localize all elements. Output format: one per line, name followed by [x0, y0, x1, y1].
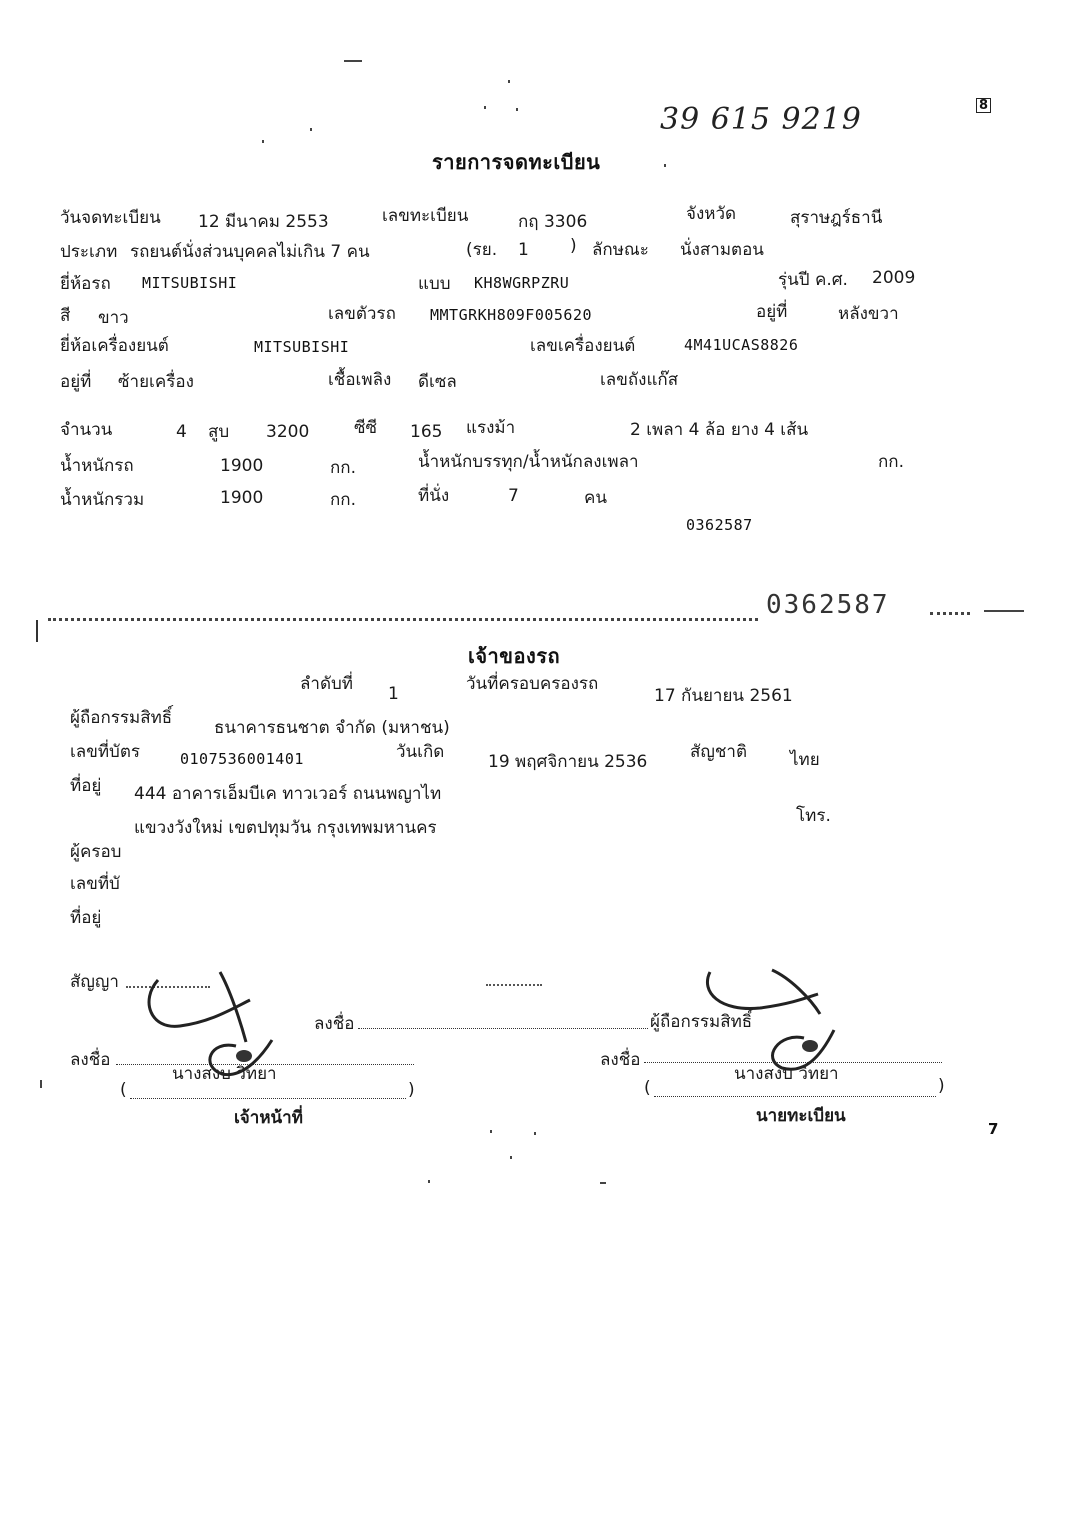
- separator-line-right: [930, 612, 970, 615]
- total-weight: 1900: [220, 488, 263, 508]
- possessor-label: ผู้ครอบ: [70, 838, 121, 865]
- separator-stamp: 0362587: [766, 590, 890, 620]
- scan-speck: [490, 1130, 492, 1133]
- contract-label: สัญญา: [70, 968, 119, 995]
- registrar-signature-icon: [700, 968, 840, 1078]
- officer-signature-icon: [140, 970, 280, 1080]
- engine-brand-label: ยี่ห้อเครื่องยนต์: [60, 332, 169, 359]
- address-label: ที่อยู่: [70, 772, 101, 799]
- year-label: รุ่นปี ค.ศ.: [778, 266, 848, 293]
- vehicle-weight: 1900: [220, 456, 263, 476]
- registrar-sign-label: ลงชื่อ: [600, 1046, 640, 1073]
- possessor-address-label: ที่อยู่: [70, 904, 101, 931]
- holder-label: ผู้ถือกรรมสิทธิ์: [70, 704, 172, 731]
- color-label: สี: [60, 302, 70, 329]
- separator-dash: [984, 610, 1024, 612]
- separator-tick: [36, 620, 38, 642]
- load-weight-label: น้ำหนักบรรทุก/น้ำหนักลงเพลา: [418, 448, 639, 475]
- brand: MITSUBISHI: [142, 274, 237, 292]
- engine-brand: MITSUBISHI: [254, 338, 349, 356]
- engine-cc: 3200: [266, 422, 309, 442]
- registrar-close-paren: ): [938, 1076, 945, 1096]
- fuel-label: เชื้อเพลิง: [328, 366, 391, 393]
- holder-name: ธนาคารธนชาต จำกัด (มหาชน): [214, 714, 450, 741]
- birth-label: วันเกิด: [396, 738, 444, 765]
- address-line-2: แขวงวังใหม่ เขตปทุมวัน กรุงเทพมหานคร: [134, 814, 437, 841]
- seats: 7: [508, 486, 519, 506]
- scan-speck: [40, 1080, 42, 1088]
- chassis-label: เลขตัวรถ: [328, 300, 396, 327]
- scan-speck: [534, 1132, 536, 1135]
- type-code: 1: [518, 240, 529, 260]
- cylinders: 4: [176, 422, 187, 442]
- province: สุราษฎร์ธานี: [790, 204, 882, 231]
- seq-label: ลำดับที่: [300, 670, 353, 697]
- engine-location: ซ้ายเครื่อง: [118, 368, 194, 395]
- id-number: 0107536001401: [180, 750, 304, 768]
- hp-unit: แรงม้า: [466, 414, 515, 441]
- scan-speck: [600, 1182, 606, 1184]
- registrar-open-paren: (: [644, 1078, 651, 1098]
- chassis-number: MMTGRKH809F005620: [430, 306, 592, 324]
- color: ขาว: [98, 304, 129, 331]
- phone-label: โทร.: [796, 802, 831, 829]
- officer-role: เจ้าหน้าที่: [234, 1104, 303, 1131]
- birth-date: 19 พฤศจิกายน 2536: [488, 748, 647, 775]
- scan-speck: [344, 60, 362, 62]
- address-line-1: 444 อาคารเอ็มบีเค ทาวเวอร์ ถนนพญาไท: [134, 780, 441, 807]
- scan-speck: [508, 80, 510, 83]
- vehicle-weight-label: น้ำหนักรถ: [60, 452, 134, 479]
- load-weight-unit: กก.: [878, 448, 904, 475]
- page-mark-bottom: 7: [988, 1120, 998, 1138]
- cylinders-unit: สูบ: [208, 418, 229, 445]
- reg-date: 12 มีนาคม 2553: [198, 208, 329, 235]
- officer-close-paren: ): [408, 1080, 415, 1100]
- possession-date-label: วันที่ครอบครองรถ: [466, 670, 598, 697]
- possessor-id-label: เลขที่บั: [70, 870, 120, 897]
- registrar-role: นายทะเบียน: [756, 1102, 846, 1129]
- total-weight-label: น้ำหนักรวม: [60, 486, 144, 513]
- engine-number: 4M41UCAS8826: [684, 336, 798, 354]
- chassis-location-label: อยู่ที่: [756, 298, 787, 325]
- nationality: ไทย: [790, 746, 820, 773]
- axles-wheels-tires: 2 เพลา 4 ล้อ ยาง 4 เส้น: [630, 416, 808, 443]
- scan-speck: [484, 106, 486, 109]
- total-weight-unit: กก.: [330, 486, 356, 513]
- vehicle-weight-unit: กก.: [330, 454, 356, 481]
- brand-label: ยี่ห้อรถ: [60, 270, 111, 297]
- plate-label: เลขทะเบียน: [382, 202, 468, 229]
- reg-date-label: วันจดทะเบียน: [60, 204, 161, 231]
- scan-speck: [310, 128, 312, 131]
- province-label: จังหวัด: [686, 200, 736, 227]
- scan-speck: [664, 164, 666, 167]
- engine-location-label: อยู่ที่: [60, 368, 91, 395]
- gas-tank-label: เลขถังแก๊ส: [600, 366, 678, 393]
- possession-date: 17 กันยายน 2561: [654, 682, 793, 709]
- registrar-name-line: [654, 1096, 936, 1097]
- type-label: ประเภท: [60, 238, 117, 265]
- id-label: เลขที่บัตร: [70, 738, 140, 765]
- fuel: ดีเซล: [418, 368, 457, 395]
- cc-unit: ซีซี: [354, 414, 377, 441]
- seats-unit: คน: [584, 484, 607, 511]
- officer-name-line: [130, 1098, 406, 1099]
- seats-label: ที่นั่ง: [418, 482, 449, 509]
- document-number: 0362587: [686, 516, 753, 534]
- seq: 1: [388, 684, 399, 704]
- document-title: รายการจดทะเบียน: [432, 146, 600, 178]
- vehicle-style: นั่งสามตอน: [680, 236, 764, 263]
- holder-sign-label: ลงชื่อ: [314, 1010, 354, 1037]
- chassis-location: หลังขวา: [838, 300, 899, 327]
- count-label: จำนวน: [60, 416, 112, 443]
- plate: กฤ 3306: [518, 208, 587, 235]
- style-label: ลักษณะ: [592, 236, 649, 263]
- owner-section-title: เจ้าของรถ: [468, 640, 560, 672]
- officer-open-paren: (: [120, 1080, 127, 1100]
- horsepower: 165: [410, 422, 442, 442]
- holder-sign-line[interactable]: [358, 1028, 648, 1029]
- scan-speck: [428, 1180, 430, 1183]
- separator-line: [48, 618, 758, 621]
- contract-dots-right: [486, 984, 542, 986]
- nationality-label: สัญชาติ: [690, 738, 747, 765]
- page-mark-top: 8: [976, 98, 991, 113]
- type-code-close: ): [570, 236, 577, 256]
- officer-sign-label: ลงชื่อ: [70, 1046, 110, 1073]
- type-code-open: (รย.: [466, 236, 497, 263]
- model-label: แบบ: [418, 270, 451, 297]
- model: KH8WGRPZRU: [474, 274, 569, 292]
- engine-number-label: เลขเครื่องยนต์: [530, 332, 635, 359]
- scan-speck: [262, 140, 264, 143]
- vehicle-type: รถยนต์นั่งส่วนบุคคลไม่เกิน 7 คน: [130, 238, 370, 265]
- scan-speck: [510, 1156, 512, 1159]
- handwritten-number: 39 615 9219: [660, 102, 862, 137]
- model-year: 2009: [872, 268, 915, 288]
- scan-speck: [516, 108, 518, 111]
